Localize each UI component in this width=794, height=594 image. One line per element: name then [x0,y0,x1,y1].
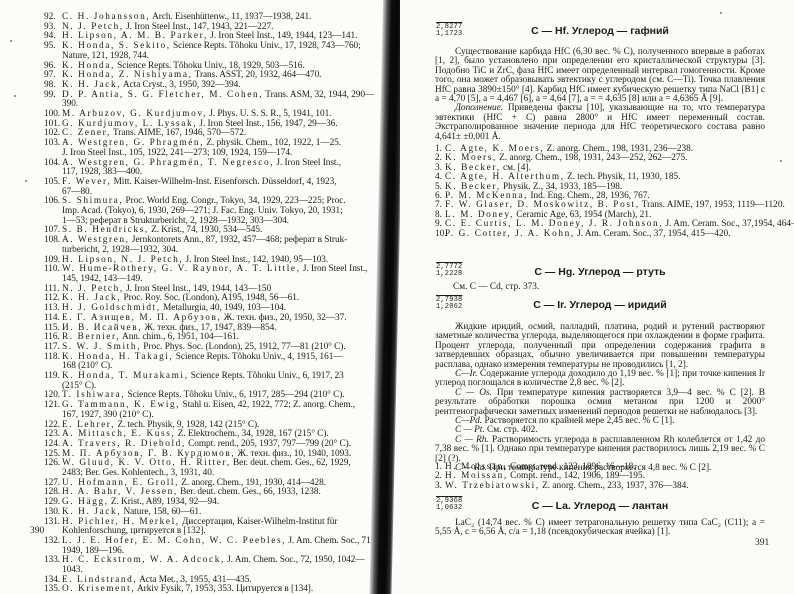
reference-authors: P. G. Cotter, J. A. Kohn, [445,229,575,239]
reference-source: Z. anorg. Chem., 191, 1930, 414—428. [179,478,326,488]
reference-authors: M. Arbuzov, G. Kurdjumov, [62,109,207,119]
reference-item: 131.H. Pichler, H. Merkel, Диссертация, … [46,518,376,537]
reference-source: J. Iron Steel Inst., 156, 1947, 29—36. [197,119,337,129]
scan-speck [25,180,27,182]
reference-authors: W. Trzebiatowski, [445,481,540,491]
reference-authors: E. Lindstrand, [62,575,137,585]
reference-item: 135.O. Krisement, Arkiv Fysik, 7, 1953, … [46,585,376,594]
reference-item: 95.K. Honda, S. Sekito, Science Repts. T… [46,42,376,61]
reference-source: Ж. техн. физ., 10, 1940, 1093. [235,449,351,459]
reference-source: Acta Met., 3, 1955, 431—435. [137,575,251,585]
reference-number: 99. [44,91,55,101]
reference-authors: T. Ishiwara, [62,390,125,400]
reference-list-ir: 1.H. Moissan, Compt. rend., 123, 1896, 1… [435,463,765,491]
reference-source: J. Iron Steel Inst., 147, 1943, 221—227. [124,22,274,32]
reference-source: Ann. chim., 6, 1951, 104—161. [120,332,239,342]
reference-source: Metallurgia, 40, 1949, 103—104. [161,303,286,313]
reference-authors: R. Bernier, [62,332,120,342]
paragraph-c-ir: C—Ir. Содержание углерода доходило до 1,… [435,370,765,389]
reference-source: Z. anorg. Chem., 233, 1937, 376—384. [540,481,689,491]
paragraph-hf-2: Дополнение. Приведены факты [10], указыв… [435,104,765,142]
reference-source: Acta Cryst., 3, 1950, 392—394. [121,80,240,90]
reference-number: 110. [44,265,60,275]
reference-authors: K. Honda, Z. Nishiyama, [62,70,193,80]
reference-authors: K. Honda, S. Sekito, [62,41,171,51]
reference-number: 95. [44,42,55,52]
reference-authors: G. Hägg, [62,497,109,507]
section-body-ir: Жидкие иридий, осмий, палладий, платина,… [435,323,765,474]
paragraph-ir-1: Жидкие иридий, осмий, палладий, платина,… [435,323,765,370]
reference-authors: S. B. Hendricks, [62,225,149,235]
reference-source: Science Repts. Tôhoku Univ., 17, 1928, 7… [171,41,361,51]
reference-authors: М. П. Арбузов, Г. В. Курдюмов, [62,449,235,459]
reference-authors: H. C. Eckstrom, W. A. Adcock, [62,555,225,565]
reference-authors: C. Zener, [62,128,111,138]
paragraph-c-rh: C — Rh. Растворимость углерода в расплав… [435,436,765,464]
reference-source: Ber. deut. chem. Ges., 62, 1929, [231,458,351,468]
reference-source: Ж. техн. физ., 20, 1950, 32—37. [221,313,346,323]
section-title-la: C — La. Углерод — лантан [435,500,765,512]
reference-source: J. Phys. U. S. S. R., 5, 1941, 101. [207,109,332,119]
reference-authors: K. Honda, [62,61,115,71]
reference-number: 133. [44,556,60,566]
reference-item: 133.H. C. Eckstrom, W. A. Adcock, J. Am.… [46,556,376,575]
reference-authors: H. J. Goldschmidt, [62,303,161,313]
reference-source: Nature, 158, 60—61. [121,507,201,517]
reference-authors: G. Tammann, K. Ewig, [62,400,180,410]
reference-number: 10. [435,230,447,239]
reference-authors: H. Lipson, A. M. B. Parker, [62,31,208,41]
reference-number: 131. [44,518,60,528]
reference-source: J. Iron Steel Inst., 149, 1944, 123—141. [208,31,358,41]
reference-authors: K. H. Jack, [62,293,121,303]
reference-item: 106.S. Shimura, Proc. World Eng. Congr.,… [46,197,376,226]
reference-source: J. Iron Steel Inst., 142, 1940, 95—103. [183,255,328,265]
reference-item: 10.P. G. Cotter, J. A. Kohn, J. Am. Cera… [435,230,765,239]
reference-source: J. Am. Ceram. Soc., 37, 1954, 415—420. [575,229,731,239]
reference-number: 121. [44,401,60,411]
reference-source: Trans. AIME, 167, 1946, 570—572. [111,128,246,138]
reference-number: 3. [435,482,442,491]
section-title-hg: C — Hg. Углерод — ртуть [435,266,765,278]
reference-item: 110.W. Hume-Rothery, G. V. Raynor, A. T.… [46,265,376,284]
reference-authors: K. Honda, T. Murakami, [62,371,189,381]
reference-item: 118.K. Honda, H. Takagi, Science Repts. … [46,353,376,372]
paragraph-hf-1: Существование карбида HfC (6,30 вес. % C… [435,48,765,104]
reference-authors: L. J. E. Hofer, E. M. Cohn, W. C. Peeble… [62,536,286,546]
reference-item: 108.A. Westgren, Jernkontorets Ann., 87,… [46,236,376,255]
paragraph-c-os: C — Os. При температуре кипения растворя… [435,389,765,417]
reference-item: 103.A. Westgren, G. Phragmén, Z. physik.… [46,139,376,158]
reference-number: 108. [44,236,60,246]
reference-source: Ж. техн. физ., 17, 1947, 839—854. [142,323,276,333]
reference-item: 104.A. Westgren, G. Phragmén, T. Negresc… [46,159,376,178]
reference-source: J. Am. Chem. Soc., 71, [286,536,373,546]
reference-source: Science Repts. Tôhoku Univ., 4, 1915, 16… [173,352,342,362]
reference-item: 105.F. Wever, Mitt. Kaiser-Wilhelm-Inst.… [46,178,376,197]
reference-item: 126.W. Gluud, K. V. Otto, H. Ritter, Ber… [46,459,376,478]
reference-authors: S. W. J. Smith, [62,342,141,352]
reference-number: 106. [44,197,60,207]
reference-item: 99.D. P. Antia, S. G. Fletcher, M. Cohen… [46,91,376,110]
reference-authors: W. Gluud, K. V. Otto, H. Ritter, [62,458,231,468]
reference-item: 132.L. J. E. Hofer, E. M. Cohn, W. C. Pe… [46,537,376,556]
reference-authors: A. Westgren, [62,235,130,245]
reference-source: Arkiv Fysik, 7, 1953, 353. Цитируется в … [135,584,313,594]
reference-item: 121.G. Tammann, K. Ewig, Stahl u. Eisen,… [46,401,376,420]
reference-source: Proc. Roy. Soc. (London), A195, 1948, 56… [121,293,299,303]
scan-speck [14,95,16,97]
section-title-hf: C — Hf. Углерод — гафний [435,25,765,37]
reference-continuation: 1120. [764,200,785,210]
reference-source: Z. Elektrochem., 34, 1928, 167 (215° C). [175,429,328,439]
reference-authors: O. Krisement, [62,584,135,594]
section-body-hf: Существование карбида HfC (6,30 вес. % C… [435,48,765,142]
reference-authors: F. Wever, [62,177,111,187]
reference-list-left: 92.C. H. Johansson, Arch. Eisenhüttenw.,… [46,13,376,594]
scan-speck [10,40,12,42]
reference-authors: D. P. Antia, S. G. Fletcher, M. Cohen, [62,90,263,100]
reference-item: 3.W. Trzebiatowski, Z. anorg. Chem., 233… [435,482,765,491]
reference-list-hf: 1.C. Agte, K. Moers, Z. anorg. Chem., 19… [435,145,765,239]
reference-source: Science Repts. Tôhoku Univ., 6, 1917, 23 [189,371,344,381]
reference-authors: Е. Г. Азищев, М. П. Арбузов, [62,313,221,323]
reference-authors: H. Lipson, N. J. Petch, [62,255,183,265]
reference-authors: A. Westgren, G. Phragmén, T. Negresco, [62,158,274,168]
scan-speck [780,160,782,162]
reference-source: J. Iron Steel Inst., [301,264,368,274]
reference-continuation: 1954, 464—465. [754,219,794,229]
reference-authors: N. J. Petch, [62,22,124,32]
reference-source: Trans. ASST, 20, 1932, 464—470. [193,70,322,80]
reference-number: 126. [44,459,60,469]
reference-number: 103. [44,139,60,149]
reference-authors: И. В. Исайчев, [62,323,142,333]
reference-number: 135. [44,585,60,594]
reference-authors: K. H. Jack, [62,80,121,90]
section-body-hg: См. C — Cd, стр. 373. [435,283,783,292]
reference-number: 118. [44,353,60,363]
reference-source: Proc. World Eng. Congr., Tokyo, 34, 1929… [123,196,345,206]
reference-source: Ber. deut. chem. Ges., 66, 1933, 1238. [178,487,321,497]
reference-source: Stahl u. Eisen, 42, 1922, 772; Z. anorg.… [180,400,355,410]
reference-source: Proc. Phys. Soc. (London), 25, 1912, 77—… [141,342,346,352]
reference-source: Compt. rend., 205, 1937, 797—799 (20° C)… [186,439,351,449]
reference-source: J. Iron Steel Inst., [274,158,341,168]
reference-authors: H. A. Bahr, V. Jessen, [62,487,178,497]
scan-speck [720,12,722,14]
reference-source: Mitt. Kaiser-Wilhelm-Inst. Eisenforsch. … [111,177,336,187]
reference-authors: G. Kurdjumov, L. Lyssak, [62,119,197,129]
reference-source: Science Repts. Tôhoku Univ., 18, 1929, 5… [115,61,305,71]
reference-authors: U. Hofmann, E. Groll, [62,478,179,488]
reference-authors: C. H. Johansson, [62,12,150,22]
reference-authors: A. Mittasch, E. Kuss, [62,429,175,439]
reference-source: Trans. ASM, 32, 1944, 290— [263,90,374,100]
reference-source: Jernkontorets Ann., 87, 1932, 457—468; р… [130,235,348,245]
reference-number: 105. [44,178,60,188]
left-page: 92.C. H. Johansson, Arch. Eisenhüttenw.,… [0,0,388,594]
reference-authors: A. Travers, R. Diebold, [62,439,186,449]
reference-number: 132. [44,537,60,547]
reference-source: Science Repts. Tôhoku Univ., 6, 1917, 28… [125,390,344,400]
section-body-la: LaC₂ (14,74 вес. % C) имеет тетрагональн… [435,519,765,538]
reference-authors: A. Westgren, G. Phragmén, [62,138,204,148]
section-title-ir: C — Ir. Углерод — иридий [435,299,765,311]
page-number-left: 390 [30,526,44,536]
page-number-right: 391 [755,538,769,548]
reference-source: Arch. Eisenhüttenw., 11, 1937—1938, 241. [150,12,311,22]
reference-authors: W. Hume-Rothery, G. V. Raynor, A. T. Lit… [62,264,301,274]
reference-source: Z. Krist., 74, 1930, 534—545. [149,225,262,235]
reference-source: Trans. AIME, 197, 1953, 1119— [640,200,765,210]
reference-number: 104. [44,159,60,169]
scan-speck [180,580,182,582]
reference-source: J. Am. Chem. Soc., 72, 1950, 1042— [225,555,365,565]
reference-source: Z. physik. Chem., 102, 1922, 1—25. [204,138,341,148]
reference-number: 119. [44,372,60,382]
paragraph-la-1: LaC₂ (14,74 вес. % C) имеет тетрагональн… [435,519,765,538]
reference-item: 119.K. Honda, T. Murakami, Science Repts… [46,372,376,391]
reference-authors: K. H. Jack, [62,507,121,517]
reference-source: Z. Krist., A89, 1934, 92—94. [109,497,219,507]
reference-authors: S. Shimura, [62,196,123,206]
